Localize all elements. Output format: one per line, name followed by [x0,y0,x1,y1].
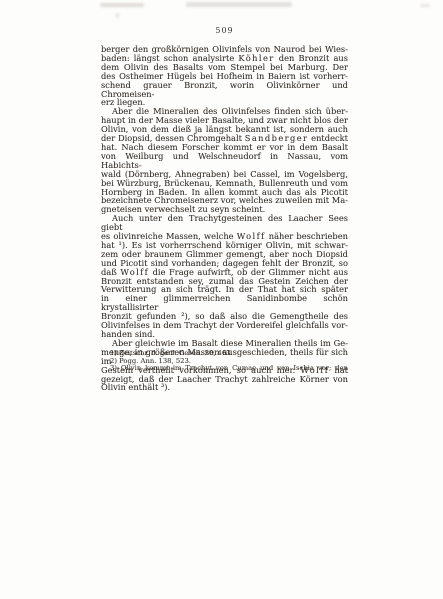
footnote: 3) Olivin kommt im Trachyt von Cumae und… [101,365,348,373]
text-line: Olivin enthält ³). [101,383,348,392]
scanned-page: 509 berger den großkörnigen Olivinfels v… [0,0,443,599]
bleedthrough-artifact [116,13,119,18]
body-text: berger den großkörnigen Olivinfels von N… [101,45,348,392]
footnotes: 1) Zeitschr. d. geol. Gesell. 20, 463. 2… [101,350,348,373]
text-line: von Weilburg und Welschneudorf in Nassau… [101,152,348,170]
paragraph: berger den großkörnigen Olivinfels von N… [101,45,348,107]
paragraph: Auch unter den Trachytgesteinen des Laac… [101,214,348,339]
text-line: in einer glimmerreichen Sanidinbombe sch… [101,294,348,312]
bleedthrough-artifact [186,2,292,7]
text-line: schend grauer Bronzit, worin Olivinkörne… [101,81,348,99]
paragraph: Aber die Mineralien des Olivinfelses fin… [101,107,348,214]
bleedthrough-artifact [420,4,430,7]
page-number: 509 [101,26,348,35]
text-line: Auch unter den Trachytgesteinen des Laac… [101,214,348,232]
bleedthrough-artifact [100,3,144,7]
